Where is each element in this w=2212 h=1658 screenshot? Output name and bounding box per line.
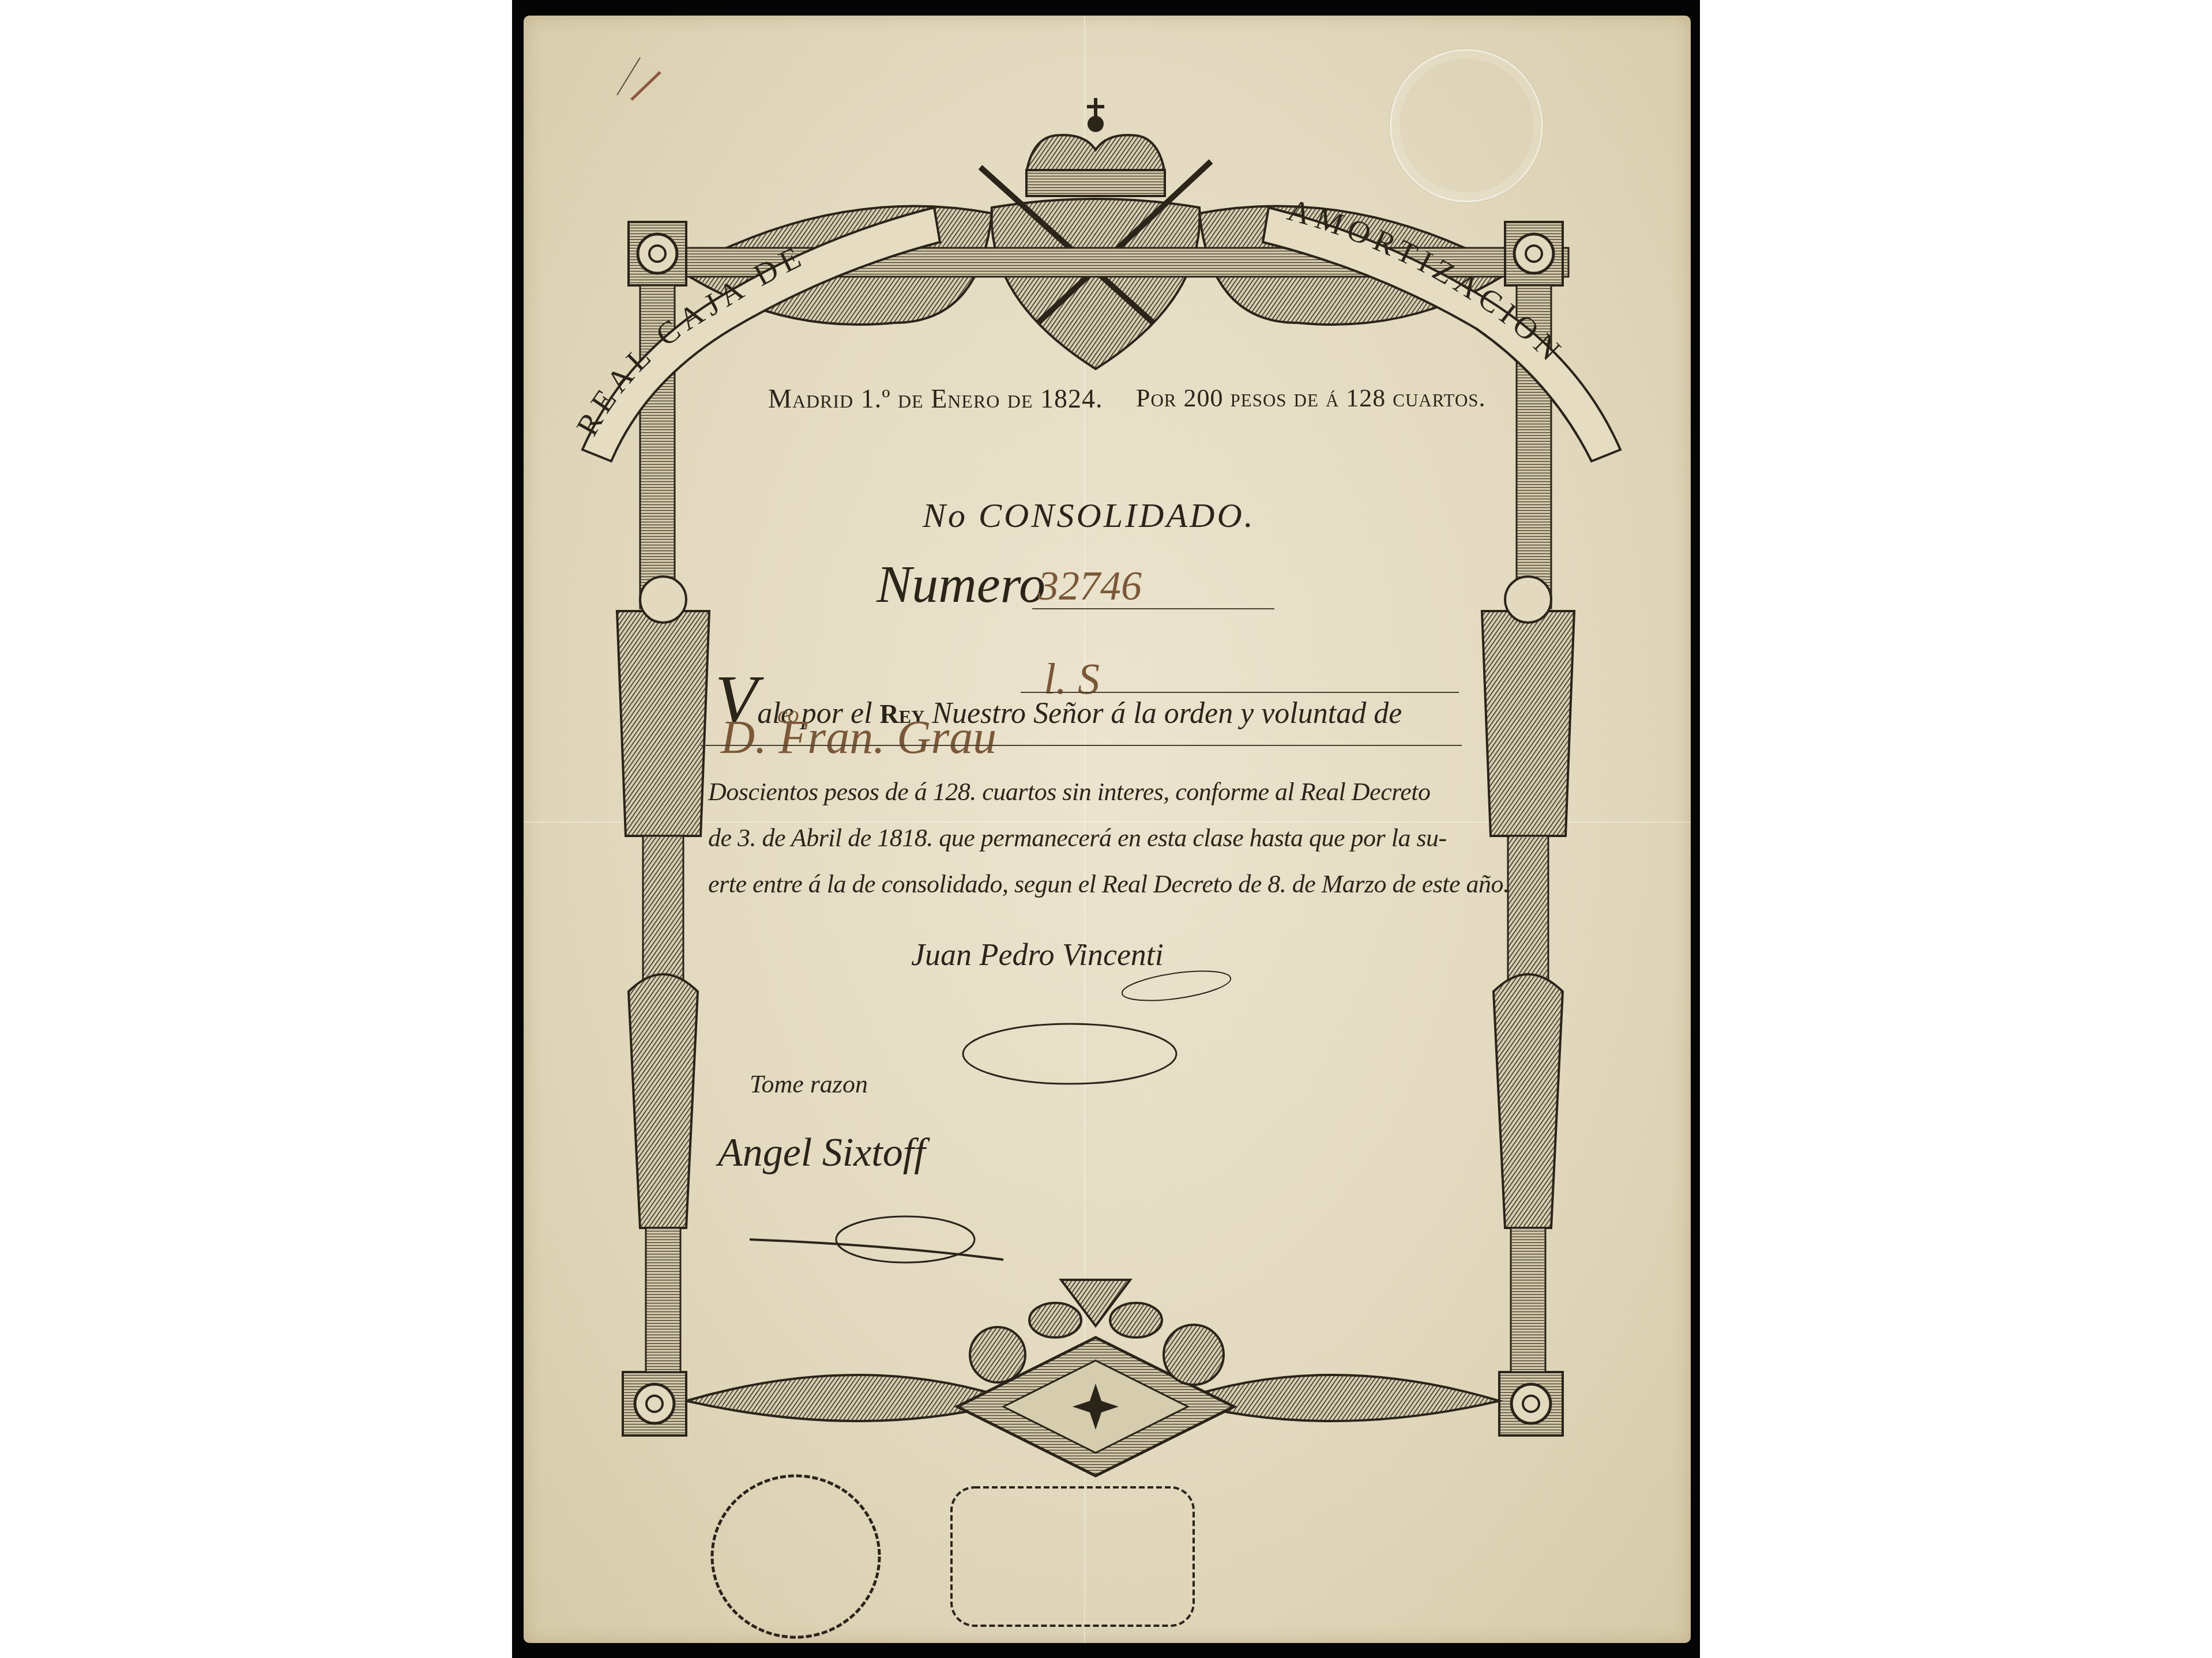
right-column (1482, 285, 1574, 1372)
holder-name-superscript: co (777, 701, 799, 728)
tome-razon-label: Tome razon (750, 1069, 868, 1099)
oval-handstamp (712, 1476, 879, 1637)
holder-name: D. Fran. Grau (721, 710, 996, 764)
holder-underline-1 (1021, 692, 1459, 693)
serial-number: 32746 (1038, 562, 1142, 610)
serial-underline (1032, 608, 1274, 609)
crown-icon (1026, 98, 1165, 196)
signature-vincenti: Juan Pedro Vincenti (911, 937, 1164, 973)
vale-text-b: Nuestro Señor á la orden y voluntad de (932, 697, 1402, 730)
rosette-block-top-left (629, 222, 686, 285)
numero-label: Numero (876, 553, 1045, 615)
body-line-1: Doscientos pesos de á 128. cuartos sin i… (708, 777, 1430, 807)
signature-sixtoff: Angel Sixtoff (718, 1130, 926, 1176)
document-title: No CONSOLIDADO. (923, 496, 1255, 536)
holder-underline-2 (701, 745, 1462, 746)
left-column (617, 285, 709, 1372)
issue-date: Madrid 1.º de Enero de 1824. (768, 383, 1103, 414)
rect-handstamp (951, 1487, 1194, 1626)
rosette-block-bottom-left (623, 1372, 686, 1435)
bow-icon (1029, 1280, 1162, 1337)
rosette-block-top-right (1505, 222, 1563, 285)
holder-initials: l. S (1044, 654, 1100, 704)
body-line-2: de 3. de Abril de 1818. que permanecerá … (708, 823, 1447, 853)
body-line-3: erte entre á la de consolidado, segun el… (708, 869, 1510, 899)
rosette-block-bottom-right (1499, 1372, 1563, 1435)
denomination: Por 200 pesos de á 128 cuartos. (1136, 383, 1486, 413)
